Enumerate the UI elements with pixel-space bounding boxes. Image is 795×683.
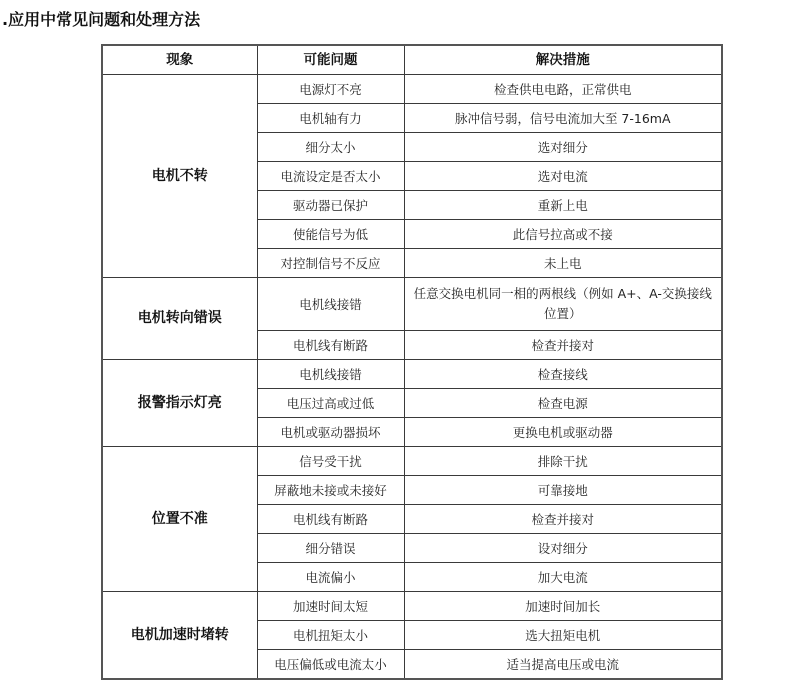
- phenomenon-cell: 电机转向错误: [102, 278, 257, 360]
- solution-cell: 重新上电: [404, 191, 722, 220]
- problem-cell: 驱动器已保护: [257, 191, 404, 220]
- solution-cell: 任意交换电机同一相的两根线（例如 A+、A-交换接线位置）: [404, 278, 722, 331]
- problem-cell: 加速时间太短: [257, 592, 404, 621]
- solution-cell: 脉冲信号弱，信号电流加大至 7-16mA: [404, 104, 722, 133]
- problem-cell: 对控制信号不反应: [257, 249, 404, 278]
- solution-cell: 可靠接地: [404, 476, 722, 505]
- solution-cell: 选对细分: [404, 133, 722, 162]
- phenomenon-cell: 电机加速时堵转: [102, 592, 257, 680]
- problem-cell: 电机轴有力: [257, 104, 404, 133]
- solution-cell: 未上电: [404, 249, 722, 278]
- problem-cell: 电流偏小: [257, 563, 404, 592]
- phenomenon-cell: 电机不转: [102, 75, 257, 278]
- problem-cell: 使能信号为低: [257, 220, 404, 249]
- problem-cell: 电机扭矩太小: [257, 621, 404, 650]
- problem-cell: 细分错误: [257, 534, 404, 563]
- problem-cell: 电机线接错: [257, 278, 404, 331]
- troubleshooting-table: 现象 可能问题 解决措施 电机不转 电源灯不亮 检查供电电路，正常供电 电机轴有…: [101, 44, 723, 680]
- table-row: 电机加速时堵转 加速时间太短 加速时间加长: [102, 592, 722, 621]
- solution-cell: 检查并接对: [404, 505, 722, 534]
- solution-cell: 选大扭矩电机: [404, 621, 722, 650]
- table-row: 报警指示灯亮 电机线接错 检查接线: [102, 360, 722, 389]
- solution-cell: 检查并接对: [404, 331, 722, 360]
- solution-cell: 检查电源: [404, 389, 722, 418]
- solution-cell: 检查接线: [404, 360, 722, 389]
- phenomenon-cell: 位置不准: [102, 447, 257, 592]
- phenomenon-cell: 报警指示灯亮: [102, 360, 257, 447]
- header-possible-problem: 可能问题: [257, 45, 404, 75]
- solution-cell: 加大电流: [404, 563, 722, 592]
- problem-cell: 电源灯不亮: [257, 75, 404, 104]
- table-header-row: 现象 可能问题 解决措施: [102, 45, 722, 75]
- header-phenomenon: 现象: [102, 45, 257, 75]
- solution-cell: 更换电机或驱动器: [404, 418, 722, 447]
- problem-cell: 信号受干扰: [257, 447, 404, 476]
- header-solution: 解决措施: [404, 45, 722, 75]
- problem-cell: 电机线有断路: [257, 505, 404, 534]
- solution-cell: 适当提高电压或电流: [404, 650, 722, 680]
- problem-cell: 电机线有断路: [257, 331, 404, 360]
- problem-cell: 电压偏低或电流太小: [257, 650, 404, 680]
- solution-cell: 此信号拉高或不接: [404, 220, 722, 249]
- table-row: 电机转向错误 电机线接错 任意交换电机同一相的两根线（例如 A+、A-交换接线位…: [102, 278, 722, 331]
- table-row: 电机不转 电源灯不亮 检查供电电路，正常供电: [102, 75, 722, 104]
- problem-cell: 电机线接错: [257, 360, 404, 389]
- problem-cell: 屏蔽地未接或未接好: [257, 476, 404, 505]
- solution-cell: 排除干扰: [404, 447, 722, 476]
- solution-cell: 选对电流: [404, 162, 722, 191]
- table-row: 位置不准 信号受干扰 排除干扰: [102, 447, 722, 476]
- problem-cell: 电机或驱动器损坏: [257, 418, 404, 447]
- problem-cell: 电压过高或过低: [257, 389, 404, 418]
- solution-cell: 检查供电电路，正常供电: [404, 75, 722, 104]
- solution-cell: 加速时间加长: [404, 592, 722, 621]
- problem-cell: 电流设定是否太小: [257, 162, 404, 191]
- solution-cell: 设对细分: [404, 534, 722, 563]
- section-title: .应用中常见问题和处理方法: [2, 7, 200, 30]
- problem-cell: 细分太小: [257, 133, 404, 162]
